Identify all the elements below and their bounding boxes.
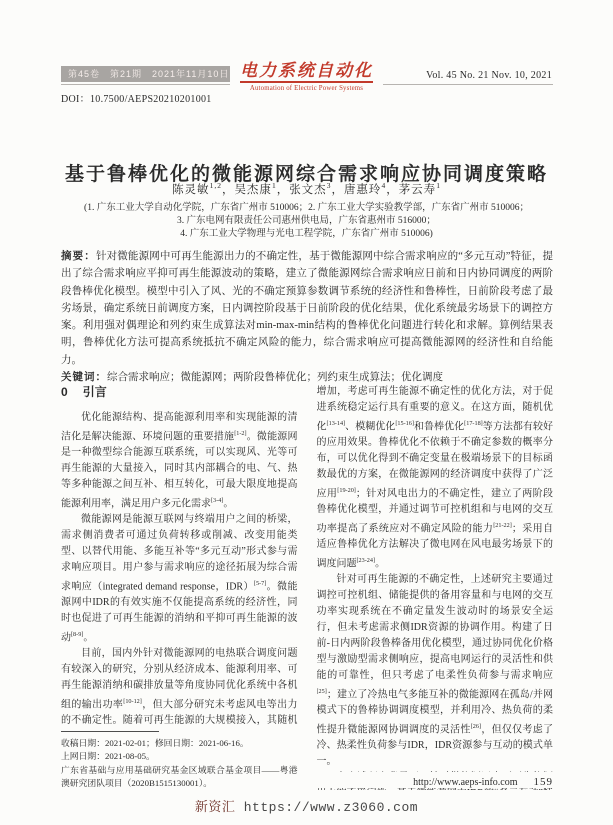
section-title: 引言 (83, 385, 107, 399)
author-name: 张文杰3 (289, 184, 331, 196)
journal-logo-cn: 电力系统自动化 (240, 61, 373, 80)
page-number: 159 (534, 776, 554, 788)
footnote-rule (61, 731, 159, 732)
author-name: 陈灵敏1,2 (172, 184, 222, 196)
abstract-text: 针对微能源网中可再生能源出力的不确定性，基于微能源网中综合需求响应的“多元互动”… (61, 251, 553, 366)
left-column: 0引言 优化能源结构、提高能源利用率和实现能源的清洁化是解决能源、环境问题的重要… (61, 384, 298, 790)
affiliation-line: 3. 广东电网有限责任公司惠州供电局，广东省惠州市 516000； (0, 215, 613, 228)
right-column: 增加，考虑可再生能源不确定性的优化方法，对于促进系统稳定运行具有重要的意义。在这… (317, 384, 554, 790)
author-name: 吴杰康1 (234, 184, 276, 196)
author-list: 陈灵敏1,2，吴杰康1，张文杰3，唐惠玲4，茅云寿1 (0, 181, 613, 197)
page-footer: http://www.aeps-info.com 159 (317, 772, 554, 788)
body-paragraph: 优化能源结构、提高能源利用率和实现能源的清洁化是解决能源、环境问题的重要措施[1… (61, 410, 298, 512)
journal-page: 第45卷 第21期 2021年11月10日 DOI：10.7500/AEPS20… (0, 0, 613, 825)
keywords-text: 综合需求响应；微能源网；两阶段鲁棒优化；列约束生成算法；优化调度 (107, 372, 443, 383)
footnote-line: 收稿日期：2021-02-01；修回日期：2021-06-16。 (61, 737, 298, 750)
author-name: 唐惠玲4 (344, 184, 386, 196)
volume-info-en: Vol. 45 No. 21 Nov. 10, 2021 (426, 70, 552, 81)
affiliations: (1. 广东工业大学自动化学院，广东省广州市 510006；2. 广东工业大学实… (0, 202, 613, 241)
footnote-line: 上网日期：2021-08-05。 (61, 750, 298, 763)
section-number: 0 (61, 385, 68, 399)
logo-underline (240, 81, 373, 83)
body-paragraph: 增加，考虑可再生能源不确定性的优化方法，对于促进系统稳定运行具有重要的意义。在这… (317, 384, 554, 572)
abstract-paragraph: 摘要：针对微能源网中可再生能源出力的不确定性，基于微能源网中综合需求响应的“多元… (61, 248, 553, 369)
affiliation-line: (1. 广东工业大学自动化学院，广东省广州市 510006；2. 广东工业大学实… (0, 202, 613, 215)
watermark-url-link[interactable]: https://www.z3060.com (244, 800, 418, 815)
section-heading: 0引言 (61, 385, 298, 401)
author-name: 茅云寿1 (399, 184, 441, 196)
footnote-block: 收稿日期：2021-02-01；修回日期：2021-06-16。 上网日期：20… (61, 727, 298, 790)
abstract-label: 摘要： (61, 251, 96, 262)
affiliation-line: 4. 广东工业大学物理与光电工程学院，广东省广州市 510006) (0, 228, 613, 241)
body-paragraph: 微能源网是能源互联网与终端用户之间的桥梁，需求侧消费者可通过负荷转移或削减、改变… (61, 512, 298, 646)
journal-logo-en: Automation of Electric Power Systems (240, 85, 373, 93)
footnote-line: 广东省基础与应用基础研究基金区域联合基金项目——粤港澳研究团队项目（2020B1… (61, 764, 298, 790)
keywords-label: 关键词： (61, 372, 107, 383)
journal-url-link[interactable]: http://www.aeps-info.com (413, 777, 517, 788)
watermark: 新资汇 https://www.z3060.com (0, 796, 613, 815)
watermark-brand: 新资汇 (195, 800, 236, 815)
body-columns: 0引言 优化能源结构、提高能源利用率和实现能源的清洁化是解决能源、环境问题的重要… (61, 384, 553, 790)
body-paragraph: 针对可再生能源的不确定性，上述研究主要通过调控可控机组、储能提供的备用容量和与电… (317, 572, 554, 770)
abstract-block: 摘要：针对微能源网中可再生能源出力的不确定性，基于微能源网中综合需求响应的“多元… (61, 248, 553, 386)
